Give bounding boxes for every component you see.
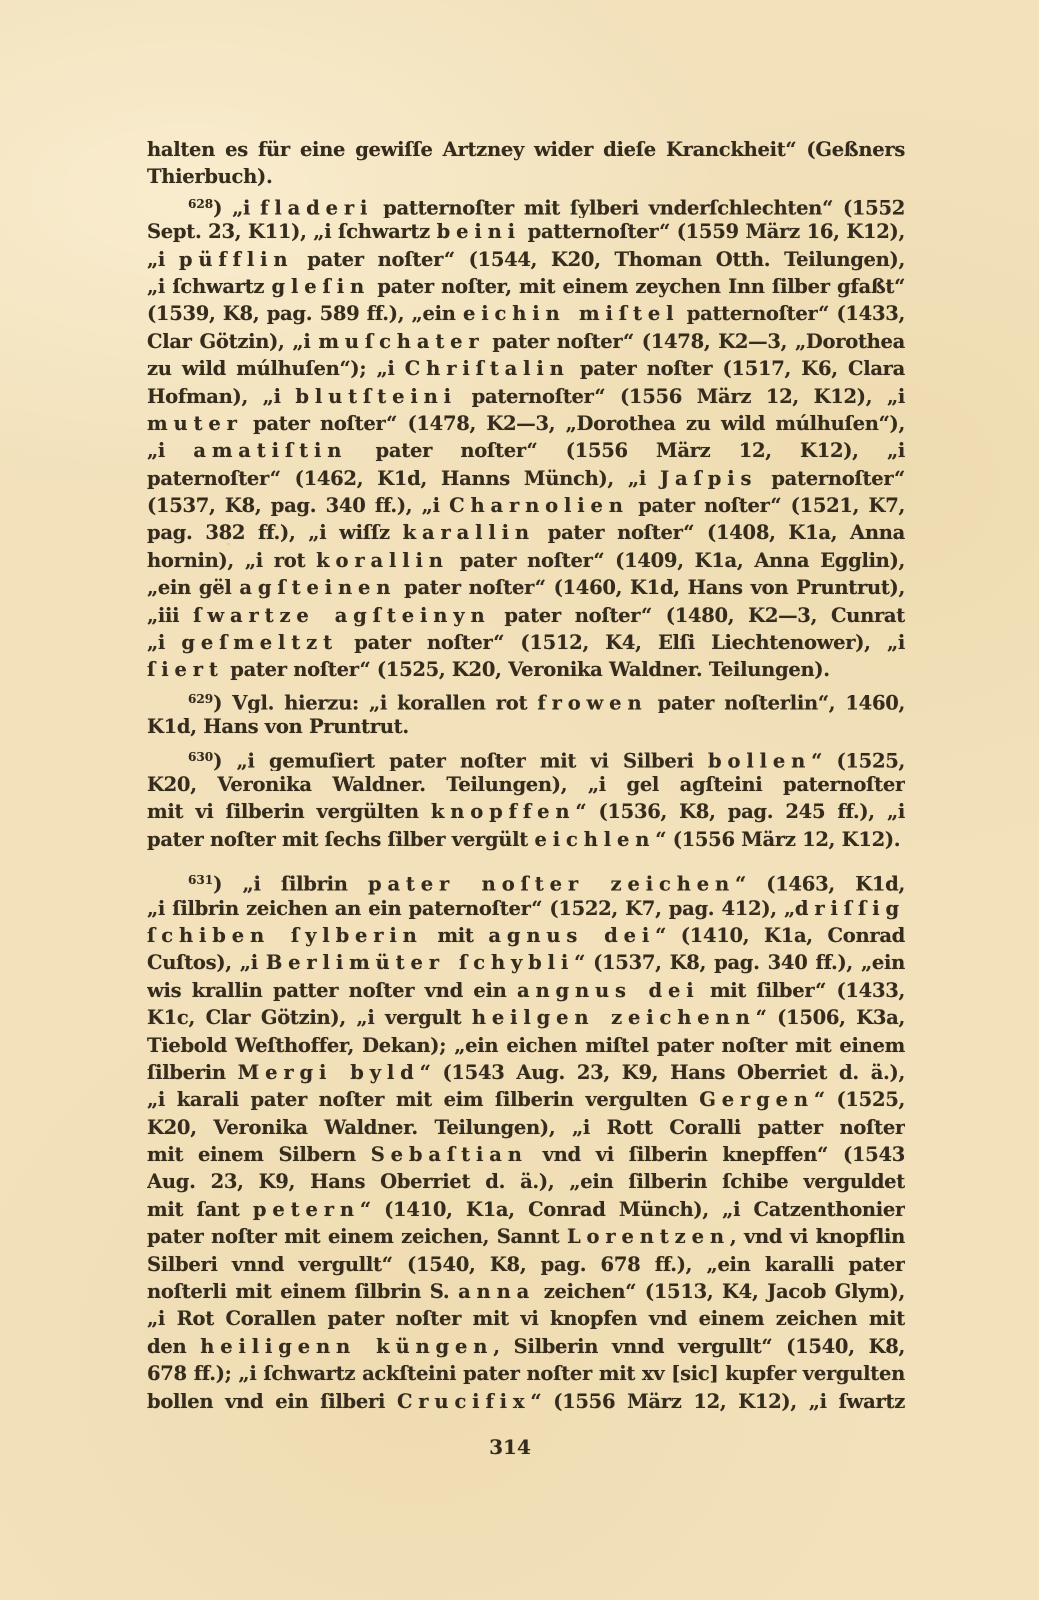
text-line: wis krallin patter noſter vnd ein angnus… <box>147 977 905 1004</box>
text-line: zu wild múlhuſen“); „i Chriſtalin pater … <box>147 355 905 382</box>
text-segment: “ (1543 Aug. 23, K9, Hans Oberriet d. ä.… <box>420 1061 905 1084</box>
text-segment: Thierbuch). <box>147 165 272 188</box>
text-line: mit einem Silbern Sebaſtian vnd vi ſilbe… <box>147 1141 905 1168</box>
text-segment: „iii <box>147 604 193 627</box>
letterspaced-text: eichin miſtel <box>463 302 679 325</box>
text-segment: pag. 382 ff.), „i wiſſz <box>147 521 403 544</box>
text-segment: mit ſilber“ (1433, <box>699 979 905 1002</box>
text-line: paternoſter“ (1462, K1d, Hanns Münch), „… <box>147 465 905 492</box>
text-segment: Cuſtos), „i <box>147 951 266 974</box>
letterspaced-text: Chriſtalin <box>405 357 570 380</box>
text-line: pater noſter mit ſechs ſilber vergült ei… <box>147 826 905 853</box>
text-line: ſchiben ſylberin mit agnus dei“ (1410, K… <box>147 922 905 949</box>
text-segment: pater noſter“ (1460, K1d, Hans von Prunt… <box>396 576 905 599</box>
text-line: 678 ff.); „i ſchwartz ackſteini pater no… <box>147 1360 905 1387</box>
letterspaced-text: korallin <box>316 549 449 572</box>
letterspaced-text: Charnolien <box>449 494 629 517</box>
text-line: K20, Veronika Waldner. Teilungen), „i Ro… <box>147 1114 905 1141</box>
letterspaced-text: agnus dei <box>488 924 655 947</box>
text-segment: ſilberin <box>147 1061 238 1084</box>
text-segment: , vnd vi knopflin <box>730 1225 905 1248</box>
footnote-628: 628) „i fladeri patternoſter mit ſylberi… <box>147 191 905 684</box>
text-line: Thierbuch). <box>147 163 905 190</box>
text-segment: K20, Veronika Waldner. Teilungen), „i Ro… <box>147 1116 905 1139</box>
letterspaced-text: pater noſter zeichen <box>368 873 735 895</box>
text-segment: pater noſter mit einem zeichen, Sannt <box>147 1225 567 1248</box>
text-line: ſilberin Mergi byld“ (1543 Aug. 23, K9, … <box>147 1059 905 1086</box>
page-number: 314 <box>147 1435 873 1459</box>
text-line: „i ſchwartz gleſin pater noſter, mit ein… <box>147 273 905 300</box>
footnote-marker: 630 <box>188 750 213 764</box>
text-segment: “ (1506, K3a, <box>756 1006 905 1029</box>
text-segment: mit <box>423 924 489 947</box>
text-line: pater noſter mit einem zeichen, Sannt Lo… <box>147 1223 905 1250</box>
text-segment: zeichen“ (1513, K4, Jacob Glym), <box>535 1280 905 1303</box>
text-segment: (1537, K8, pag. 340 ff.), „i <box>147 494 449 517</box>
letterspaced-text: knopffen <box>431 800 576 823</box>
text-segment: mit einem Silbern <box>147 1143 371 1166</box>
text-line: 628) „i fladeri patternoſter mit ſylberi… <box>147 191 905 218</box>
letterspaced-text: agſteinen <box>239 576 396 599</box>
footnote-marker: 631 <box>188 873 213 887</box>
text-segment: Sept. 23, K11), „i ſchwartz <box>147 220 437 243</box>
letterspaced-text: muter <box>147 412 243 435</box>
text-segment: pater noſterlin“, 1460, <box>647 691 905 713</box>
text-segment: K1d, Hans von Pruntrut. <box>147 715 409 738</box>
text-segment: hornin), „i rot <box>147 549 316 572</box>
text-line: Aug. 23, K9, Hans Oberriet d. ä.), „ein … <box>147 1168 905 1195</box>
letterspaced-text: Gergen <box>699 1088 814 1111</box>
footnote-629: 629) Vgl. hierzu: „i korallen rot frowen… <box>147 686 905 741</box>
letterspaced-text: driſſig <box>795 897 905 920</box>
letterspaced-text: Sebaſtian <box>371 1143 528 1166</box>
text-segment: „i karali pater noſter mit eim ſilberin … <box>147 1088 699 1111</box>
text-line: 629) Vgl. hierzu: „i korallen rot frowen… <box>147 686 905 713</box>
text-segment: bollen vnd ein ſilberi <box>147 1390 397 1413</box>
letterspaced-text: frowen <box>537 691 647 713</box>
text-line: (1537, K8, pag. 340 ff.), „i Charnolien … <box>147 492 905 519</box>
letterspaced-text: anna <box>458 1280 535 1303</box>
text-segment: pater noſter mit ſechs ſilber vergült <box>147 828 534 851</box>
text-segment: (1539, K8, pag. 589 ff.), „ein <box>147 302 463 325</box>
text-line: Silberi vnnd vergullt“ (1540, K8, pag. 6… <box>147 1251 905 1278</box>
text-segment: “ (1525, <box>814 1088 905 1111</box>
letterspaced-text: blutſteini <box>295 385 457 408</box>
text-segment: “ (1556 März 12, K12), „i ſwartz <box>530 1390 905 1413</box>
text-segment: den <box>147 1335 200 1358</box>
text-segment: ) „i ſilbrin <box>213 873 368 895</box>
continuation-paragraph: halten es für eine gewiſſe Artzney wider… <box>147 136 905 191</box>
text-line: „i Rot Corallen pater noſter mit vi knop… <box>147 1305 905 1332</box>
text-line: hornin), „i rot korallin pater noſter“ (… <box>147 547 905 574</box>
letterspaced-text: fladeri <box>260 196 373 218</box>
text-segment: patternoſter“ (1559 März 16, K12), <box>521 220 905 243</box>
text-segment: paternoſter“ (1556 März 12, K12), „i <box>457 385 905 408</box>
text-line: pag. 382 ff.), „i wiſſz karallin pater n… <box>147 519 905 546</box>
text-segment: pater noſter“ (1512, K4, Elſi Liechtenow… <box>338 631 905 654</box>
letterspaced-text: angnus dei <box>517 979 700 1002</box>
text-line: ſiert pater noſter“ (1525, K20, Veronika… <box>147 656 905 683</box>
text-line: muter pater noſter“ (1478, K2—3, „Doroth… <box>147 410 905 437</box>
letterspaced-text: ſiert <box>147 658 224 681</box>
text-segment: pater noſter (1517, K6, Clara <box>570 357 905 380</box>
text-line: mit ſant petern“ (1410, K1a, Conrad Münc… <box>147 1196 905 1223</box>
text-segment: pater noſter“ (1525, K20, Veronika Waldn… <box>224 658 830 681</box>
text-segment: “ (1410, K1a, Conrad Münch), „i Catzenth… <box>360 1198 905 1221</box>
text-line: Tiebold Weſthoffer, Dekan); „ein eichen … <box>147 1032 905 1059</box>
text-line: 631) „i ſilbrin pater noſter zeichen“ (1… <box>147 867 905 894</box>
text-segment: ) „i gemuſiert pater noſter mit vi Silbe… <box>213 749 708 771</box>
letterspaced-text: Crucifix <box>397 1390 530 1413</box>
text-segment: Clar Götzin), „i <box>147 330 318 353</box>
text-line: halten es für eine gewiſſe Artzney wider… <box>147 136 905 163</box>
book-page: halten es für eine gewiſſe Artzney wider… <box>0 0 1039 1600</box>
text-segment: Silberi vnnd vergullt“ (1540, K8, pag. 6… <box>147 1253 905 1276</box>
text-line: Cuſtos), „i Berlimüter ſchybli“ (1537, K… <box>147 949 905 976</box>
text-segment: paternoſter“ <box>757 467 905 490</box>
text-line: „i püfflin pater noſter“ (1544, K20, Tho… <box>147 246 905 273</box>
text-line: Hofman), „i blutſteini paternoſter“ (155… <box>147 383 905 410</box>
letterspaced-text: ſwartze agſteinyn <box>193 604 490 627</box>
text-segment: pater noſter“ (1409, K1a, Anna Egglin), <box>449 549 905 572</box>
text-segment: pater noſter“ (1478, K2—3, „Dorothea <box>485 330 905 353</box>
text-line: noſterli mit einem ſilbrin S. anna zeich… <box>147 1278 905 1305</box>
text-line: „iii ſwartze agſteinyn pater noſter“ (14… <box>147 602 905 629</box>
text-segment: pater noſter“ (1556 März 12, K12), „i <box>347 439 905 462</box>
footnote-631: 631) „i ſilbrin pater noſter zeichen“ (1… <box>147 867 905 1415</box>
text-segment: „i ſchwartz <box>147 275 272 298</box>
text-segment: „i Rot Corallen pater noſter mit vi knop… <box>147 1307 905 1330</box>
text-segment: „i <box>147 248 179 271</box>
text-line: 630) „i gemuſiert pater noſter mit vi Si… <box>147 744 905 771</box>
text-line: „i ſilbrin zeichen an ein paternoſter“ (… <box>147 895 905 922</box>
text-segment: Tiebold Weſthoffer, Dekan); „ein eichen … <box>147 1034 905 1057</box>
text-segment: wis krallin patter noſter vnd ein <box>147 979 517 1002</box>
text-line: K1d, Hans von Pruntrut. <box>147 713 905 740</box>
footnote-marker: 628 <box>188 197 213 211</box>
text-segment: pater noſter, mit einem zeychen Inn ſilb… <box>370 275 905 298</box>
text-segment: pater noſter“ (1478, K2—3, „Dorothea zu … <box>243 412 905 435</box>
text-line: „ein gël agſteinen pater noſter“ (1460, … <box>147 574 905 601</box>
footnote-630: 630) „i gemuſiert pater noſter mit vi Si… <box>147 744 905 854</box>
text-segment: vnd vi ſilberin knepffen“ (1543 <box>528 1143 905 1166</box>
letterspaced-text: amatiſtin <box>193 439 347 462</box>
text-segment: „i <box>147 631 181 654</box>
text-line: „i amatiſtin pater noſter“ (1556 März 12… <box>147 437 905 464</box>
text-segment: “ (1525, <box>811 749 905 771</box>
footnote-marker: 629 <box>188 692 213 706</box>
text-line: „i karali pater noſter mit eim ſilberin … <box>147 1086 905 1113</box>
letterspaced-text: gleſin <box>272 275 371 298</box>
letterspaced-text: muſchater <box>318 330 484 353</box>
letterspaced-text: Jaſpis <box>660 467 757 490</box>
text-segment: paternoſter“ (1462, K1d, Hanns Münch), „… <box>147 467 660 490</box>
text-segment: K1c, Clar Götzin), „i vergult <box>147 1006 472 1029</box>
text-segment: Hofman), „i <box>147 385 295 408</box>
text-segment: noſterli mit einem ſilbrin S. <box>147 1280 458 1303</box>
letterspaced-text: beini <box>437 220 521 243</box>
text-line: K20, Veronika Waldner. Teilungen), „i ge… <box>147 771 905 798</box>
text-segment: Aug. 23, K9, Hans Oberriet d. ä.), „ein … <box>147 1170 905 1193</box>
text-block: halten es für eine gewiſſe Artzney wider… <box>147 136 905 1415</box>
text-segment: “ (1556 März 12, K12). <box>655 828 900 851</box>
text-line: bollen vnd ein ſilberi Crucifix“ (1556 M… <box>147 1388 905 1415</box>
letterspaced-text: Berlimüter ſchybli <box>266 951 574 974</box>
letterspaced-text: petern <box>253 1198 360 1221</box>
text-line: Clar Götzin), „i muſchater pater noſter“… <box>147 328 905 355</box>
text-segment: mit ſant <box>147 1198 253 1221</box>
letterspaced-text: eichlen <box>534 828 655 851</box>
text-segment: ) Vgl. hierzu: „i korallen rot <box>213 691 537 713</box>
text-segment: „i <box>147 439 193 462</box>
text-segment: 678 ff.); „i ſchwartz ackſteini pater no… <box>147 1362 905 1385</box>
text-line: mit vi ſilberin vergülten knopffen“ (153… <box>147 798 905 825</box>
letterspaced-text: Lorentzen <box>567 1225 730 1248</box>
text-line: „i geſmeltzt pater noſter“ (1512, K4, El… <box>147 629 905 656</box>
text-line: den heiligenn küngen, Silberin vnnd verg… <box>147 1333 905 1360</box>
text-segment: mit vi ſilberin vergülten <box>147 800 431 823</box>
letterspaced-text: geſmeltzt <box>181 631 338 654</box>
text-segment: halten es für eine gewiſſe Artzney wider… <box>147 138 905 161</box>
text-segment: patternoſter mit ſylberi vnderſchlechten… <box>373 196 905 218</box>
text-segment: ) „i <box>213 196 260 218</box>
letterspaced-text: ſchiben ſylberin <box>147 924 423 947</box>
text-line: Sept. 23, K11), „i ſchwartz beini patter… <box>147 218 905 245</box>
letterspaced-text: bollen <box>708 749 811 771</box>
text-segment: pater noſter“ (1544, K20, Thoman Otth. T… <box>293 248 905 271</box>
letterspaced-text: püfflin <box>179 248 294 271</box>
letterspaced-text: heiligenn küngen <box>200 1335 493 1358</box>
letterspaced-text: Mergi byld <box>238 1061 420 1084</box>
letterspaced-text: karallin <box>403 521 535 544</box>
text-segment: K20, Veronika Waldner. Teilungen), „i ge… <box>147 773 905 796</box>
text-segment: “ (1537, K8, pag. 340 ff.), „ein <box>574 951 905 974</box>
text-segment: zu wild múlhuſen“); „i <box>147 357 405 380</box>
letterspaced-text: heilgen zeichenn <box>472 1006 756 1029</box>
text-segment: pater noſter“ (1521, K7, <box>629 494 905 517</box>
text-segment: „i ſilbrin zeichen an ein paternoſter“ (… <box>147 897 795 920</box>
text-line: (1539, K8, pag. 589 ff.), „ein eichin mi… <box>147 300 905 327</box>
text-line: K1c, Clar Götzin), „i vergult heilgen ze… <box>147 1004 905 1031</box>
text-segment: „ein gël <box>147 576 239 599</box>
